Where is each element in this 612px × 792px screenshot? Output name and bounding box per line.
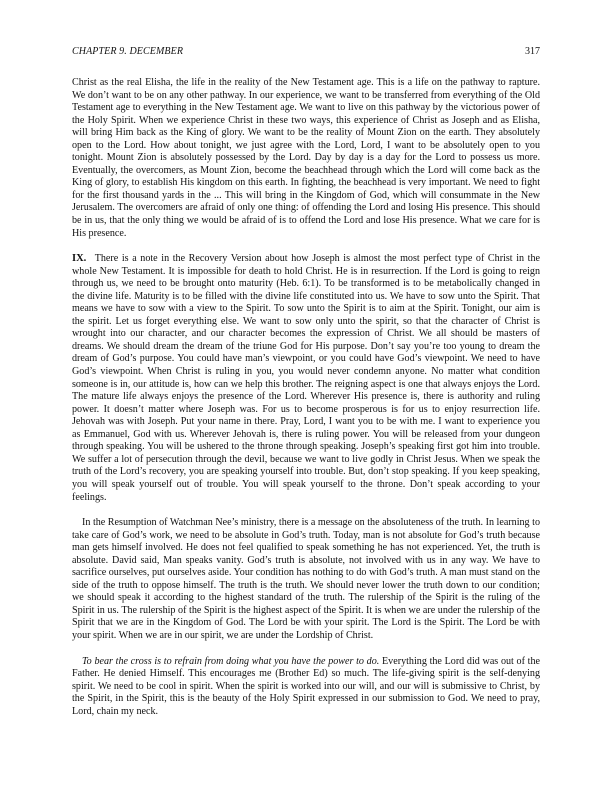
italic-quote: To bear the cross is to refrain from doi… (82, 656, 379, 667)
running-header: CHAPTER 9. DECEMBER 317 (72, 46, 540, 60)
paragraph-section-ix: IX. There is a note in the Recovery Vers… (72, 253, 540, 504)
paragraph-text: Christ as the real Elisha, the life in t… (72, 77, 540, 239)
paragraph-elisha: Christ as the real Elisha, the life in t… (72, 77, 540, 240)
paragraph-absoluteness-of-truth: In the Resumption of Watchman Nee’s mini… (72, 517, 540, 642)
page-number: 317 (525, 46, 540, 57)
paragraph-bear-the-cross: To bear the cross is to refrain from doi… (72, 656, 540, 719)
section-number: IX. (72, 253, 86, 264)
paragraph-text: There is a note in the Recovery Version … (72, 253, 540, 502)
document-page: CHAPTER 9. DECEMBER 317 Christ as the re… (72, 46, 540, 731)
chapter-title: CHAPTER 9. DECEMBER (72, 46, 183, 57)
paragraph-text: In the Resumption of Watchman Nee’s mini… (72, 517, 540, 641)
